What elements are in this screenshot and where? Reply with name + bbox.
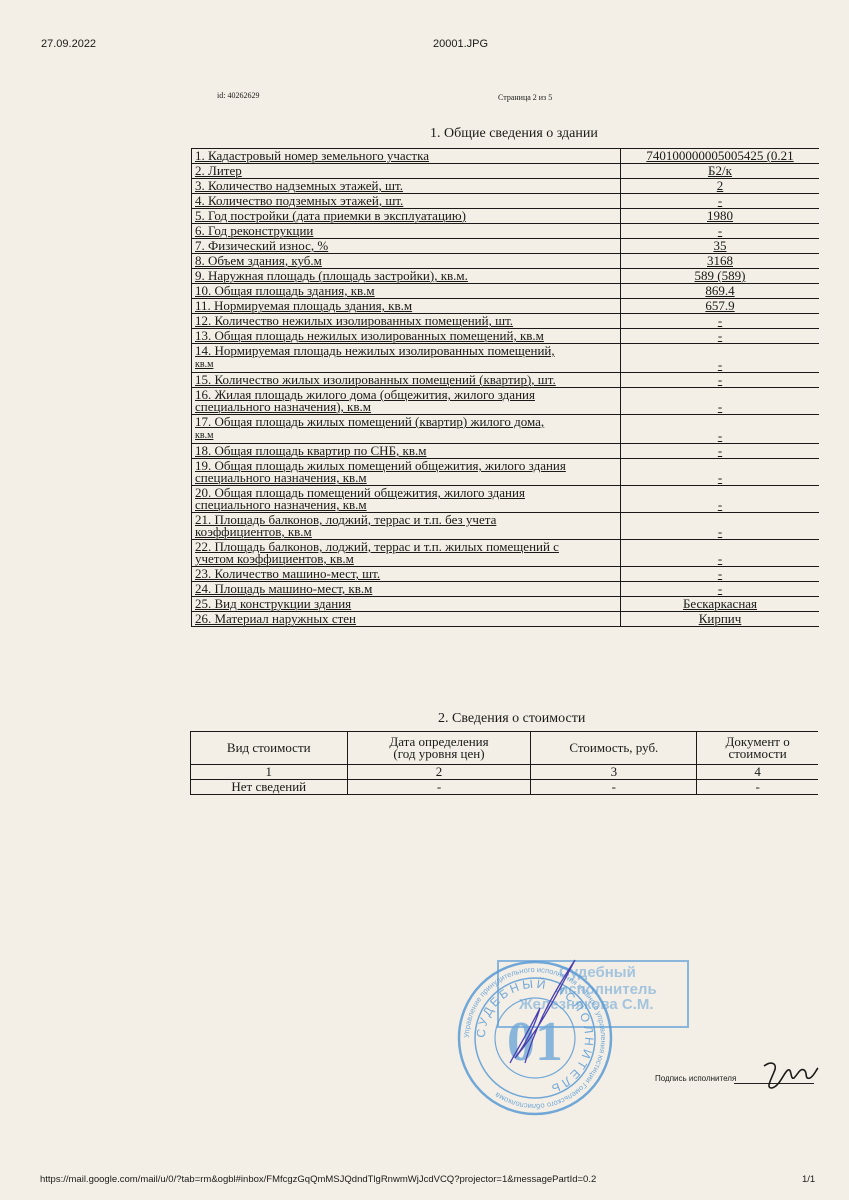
info-row: 18. Общая площадь квартир по СНБ, кв.м-	[192, 444, 820, 459]
info-row: 15. Количество жилых изолированных помещ…	[192, 373, 820, 388]
info-row-value: -	[621, 194, 820, 209]
info-row-value: -	[621, 415, 820, 444]
info-row-label: 14. Нормируемая площадь нежилых изолиров…	[192, 344, 621, 373]
cost-column-number: 2	[347, 765, 531, 780]
info-row-label: 12. Количество нежилых изолированных пом…	[192, 314, 621, 329]
info-row-value: -	[621, 344, 820, 373]
cost-column-number: 3	[531, 765, 697, 780]
cost-column-number: 4	[697, 765, 818, 780]
info-row-label: 2. Литер	[192, 164, 621, 179]
document-id: id: 40262629	[217, 91, 259, 100]
info-row: 19. Общая площадь жилых помещений общежи…	[192, 459, 820, 486]
info-row-value: 2	[621, 179, 820, 194]
info-row: 6. Год реконструкции-	[192, 224, 820, 239]
building-info-table: 1. Кадастровый номер земельного участка7…	[191, 148, 819, 627]
info-row-label: 7. Физический износ, %	[192, 239, 621, 254]
section2-title: 2. Сведения о стоимости	[438, 711, 585, 727]
info-row-value: -	[621, 444, 820, 459]
info-row-label: 5. Год постройки (дата приемки в эксплуа…	[192, 209, 621, 224]
info-row-label: 21. Площадь балконов, лоджий, террас и т…	[192, 513, 621, 540]
print-filename: 20001.JPG	[433, 38, 488, 50]
info-row: 5. Год постройки (дата приемки в эксплуа…	[192, 209, 820, 224]
info-row-value: -	[621, 513, 820, 540]
info-row-value: -	[621, 459, 820, 486]
cost-cell: -	[347, 780, 531, 795]
info-row-label: 15. Количество жилых изолированных помещ…	[192, 373, 621, 388]
info-row-label: 24. Площадь машино-мест, кв.м	[192, 582, 621, 597]
info-row-value: -	[621, 314, 820, 329]
svg-text:01: 01	[507, 1011, 563, 1073]
cost-header-cell: Вид стоимости	[191, 732, 348, 765]
info-row-value: -	[621, 224, 820, 239]
info-row-value: -	[621, 486, 820, 513]
info-row-value: Бескаркасная	[621, 597, 820, 612]
official-round-stamp: Управление принудительного исполнения гл…	[455, 958, 615, 1118]
info-row-label: 1. Кадастровый номер земельного участка	[192, 149, 621, 164]
info-row-label: 16. Жилая площадь жилого дома (общежития…	[192, 388, 621, 415]
print-footer-url: https://mail.google.com/mail/u/0/?tab=rm…	[40, 1174, 596, 1185]
info-row: 23. Количество машино-мест, шт.-	[192, 567, 820, 582]
info-row-label: 23. Количество машино-мест, шт.	[192, 567, 621, 582]
info-row-value: -	[621, 540, 820, 567]
info-row: 24. Площадь машино-мест, кв.м-	[192, 582, 820, 597]
cost-table: Вид стоимостиДата определения(год уровня…	[190, 731, 818, 795]
info-row-label: 10. Общая площадь здания, кв.м	[192, 284, 621, 299]
info-row-value: Кирпич	[621, 612, 820, 627]
info-row: 16. Жилая площадь жилого дома (общежития…	[192, 388, 820, 415]
cost-header-cell: Документ остоимости	[697, 732, 818, 765]
info-row-label: 17. Общая площадь жилых помещений (кварт…	[192, 415, 621, 444]
cost-column-number: 1	[191, 765, 348, 780]
info-row-label: 3. Количество надземных этажей, шт.	[192, 179, 621, 194]
info-row: 2. ЛитерБ2/к	[192, 164, 820, 179]
section1-title: 1. Общие сведения о здании	[430, 126, 598, 142]
print-footer-page: 1/1	[802, 1174, 815, 1185]
info-row-value: 35	[621, 239, 820, 254]
info-row-value: 3168	[621, 254, 820, 269]
info-row: 10. Общая площадь здания, кв.м869.4	[192, 284, 820, 299]
info-row: 25. Вид конструкции зданияБескаркасная	[192, 597, 820, 612]
info-row: 3. Количество надземных этажей, шт.2	[192, 179, 820, 194]
info-row-label: 13. Общая площадь нежилых изолированных …	[192, 329, 621, 344]
info-row: 17. Общая площадь жилых помещений (кварт…	[192, 415, 820, 444]
info-row: 8. Объем здания, куб.м3168	[192, 254, 820, 269]
cost-column-number-row: 1234	[191, 765, 819, 780]
info-row-label: 19. Общая площадь жилых помещений общежи…	[192, 459, 621, 486]
info-row-label: 9. Наружная площадь (площадь застройки),…	[192, 269, 621, 284]
cost-cell: -	[697, 780, 818, 795]
info-row-value: -	[621, 329, 820, 344]
info-row-value: -	[621, 388, 820, 415]
info-row-value: 869.4	[621, 284, 820, 299]
info-row-value: -	[621, 582, 820, 597]
info-row: 1. Кадастровый номер земельного участка7…	[192, 149, 820, 164]
cost-header-cell: Дата определения(год уровня цен)	[347, 732, 531, 765]
print-date: 27.09.2022	[41, 38, 96, 50]
info-row: 4. Количество подземных этажей, шт.-	[192, 194, 820, 209]
info-row: 26. Материал наружных стенКирпич	[192, 612, 820, 627]
info-row: 21. Площадь балконов, лоджий, террас и т…	[192, 513, 820, 540]
info-row: 13. Общая площадь нежилых изолированных …	[192, 329, 820, 344]
cost-header-row: Вид стоимостиДата определения(год уровня…	[191, 732, 819, 765]
info-row: 7. Физический износ, %35	[192, 239, 820, 254]
info-row-value: 1980	[621, 209, 820, 224]
info-row: 14. Нормируемая площадь нежилых изолиров…	[192, 344, 820, 373]
info-row-label: 6. Год реконструкции	[192, 224, 621, 239]
info-row: 22. Площадь балконов, лоджий, террас и т…	[192, 540, 820, 567]
info-row-label: 4. Количество подземных этажей, шт.	[192, 194, 621, 209]
info-row-value: 740100000005005425 (0.21	[621, 149, 820, 164]
info-row: 12. Количество нежилых изолированных пом…	[192, 314, 820, 329]
info-row-label: 25. Вид конструкции здания	[192, 597, 621, 612]
info-row-label: 11. Нормируемая площадь здания, кв.м	[192, 299, 621, 314]
info-row: 11. Нормируемая площадь здания, кв.м657.…	[192, 299, 820, 314]
info-row: 20. Общая площадь помещений общежития, ж…	[192, 486, 820, 513]
info-row-value: 657.9	[621, 299, 820, 314]
info-row-value: Б2/к	[621, 164, 820, 179]
info-row-label: 20. Общая площадь помещений общежития, ж…	[192, 486, 621, 513]
info-row-label: 26. Материал наружных стен	[192, 612, 621, 627]
signature-mark	[760, 1058, 820, 1092]
info-row-value: 589 (589)	[621, 269, 820, 284]
info-row-label: 8. Объем здания, куб.м	[192, 254, 621, 269]
info-row-label: 18. Общая площадь квартир по СНБ, кв.м	[192, 444, 621, 459]
cost-header-cell: Стоимость, руб.	[531, 732, 697, 765]
info-row-value: -	[621, 567, 820, 582]
cost-cell: Нет сведений	[191, 780, 348, 795]
info-row: 9. Наружная площадь (площадь застройки),…	[192, 269, 820, 284]
cost-row: Нет сведений---	[191, 780, 819, 795]
document-page-number: Страница 2 из 5	[498, 93, 552, 102]
cost-cell: -	[531, 780, 697, 795]
signature-label: Подпись исполнителя	[655, 1074, 736, 1083]
info-row-label: 22. Площадь балконов, лоджий, террас и т…	[192, 540, 621, 567]
info-row-value: -	[621, 373, 820, 388]
